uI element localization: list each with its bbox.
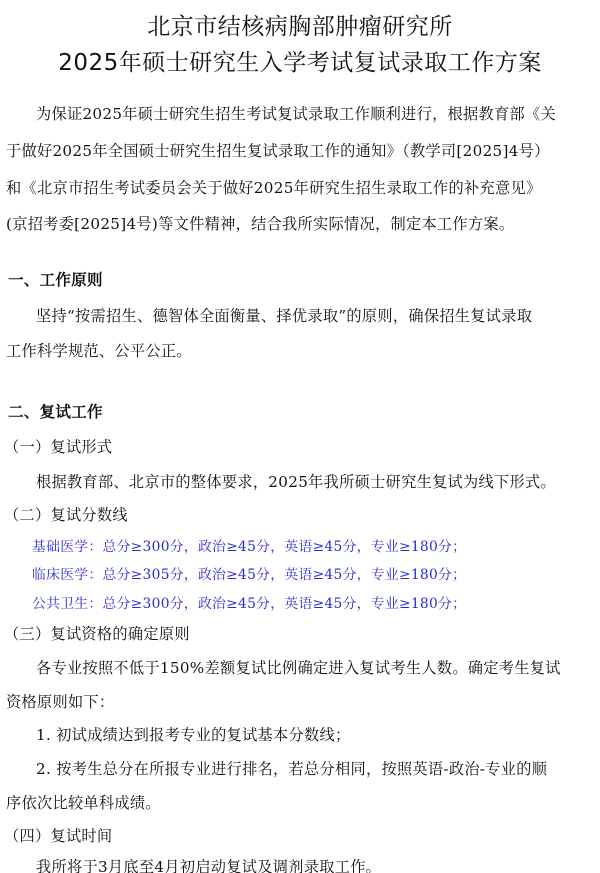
eligibility-item-1: 1. 初试成绩达到报考专业的复试基本分数线； <box>36 725 600 745</box>
eligibility-item-2: 2. 按考生总分在所报专业进行排名，若总分相同，按照英语-政治-专业的顺 <box>36 759 600 779</box>
document-title-line2: 2025年硕士研究生入学考试复试录取工作方案 <box>0 44 600 77</box>
score-line-clinical-medicine: 临床医学：总分≥305分，政治≥45分，英语≥45分，专业≥180分； <box>32 565 600 585</box>
intro-paragraph-line: (京招考委[2025]4号)等文件精神，结合我所实际情况，制定本工作方案。 <box>6 214 600 234</box>
principles-paragraph-line: 工作科学规范、公平公正。 <box>6 341 600 361</box>
eligibility-paragraph-line: 资格原则如下： <box>6 692 600 712</box>
section-heading-retest-work: 二、复试工作 <box>8 402 600 422</box>
eligibility-paragraph-line: 各专业按照不低于150%差额复试比例确定进入复试考生人数。确定考生复试 <box>36 658 600 678</box>
subsection-heading-score-lines: （二）复试分数线 <box>4 505 598 525</box>
intro-paragraph-line: 于做好2025年全国硕士研究生招生复试录取工作的通知》（教学司[2025]4号） <box>6 141 600 161</box>
document-title-line1: 北京市结核病胸部肿瘤研究所 <box>0 8 600 41</box>
retest-time-paragraph: 我所将于3月底至4月初启动复试及调剂录取工作。 <box>36 857 600 873</box>
principles-paragraph-line: 坚持“按需招生、德智体全面衡量、择优录取”的原则，确保招生复试录取 <box>36 306 600 326</box>
subsection-heading-retest-format: （一）复试形式 <box>4 437 598 457</box>
eligibility-item-2-continued: 序依次比较单科成绩。 <box>6 793 600 813</box>
intro-paragraph-line: 为保证2025年硕士研究生招生考试复试录取工作顺利进行，根据教育部《关 <box>36 104 600 124</box>
section-heading-principles: 一、工作原则 <box>8 270 600 290</box>
intro-paragraph-line: 和《北京市招生考试委员会关于做好2025年研究生招生录取工作的补充意见》 <box>6 178 600 198</box>
subsection-heading-retest-time: （四）复试时间 <box>4 826 598 846</box>
score-line-public-health: 公共卫生：总分≥300分，政治≥45分，英语≥45分，专业≥180分； <box>32 594 600 614</box>
subsection-heading-eligibility: （三）复试资格的确定原则 <box>4 624 598 644</box>
score-line-basic-medicine: 基础医学：总分≥300分，政治≥45分，英语≥45分，专业≥180分； <box>32 537 600 557</box>
retest-format-paragraph: 根据教育部、北京市的整体要求，2025年我所硕士研究生复试为线下形式。 <box>36 472 600 492</box>
